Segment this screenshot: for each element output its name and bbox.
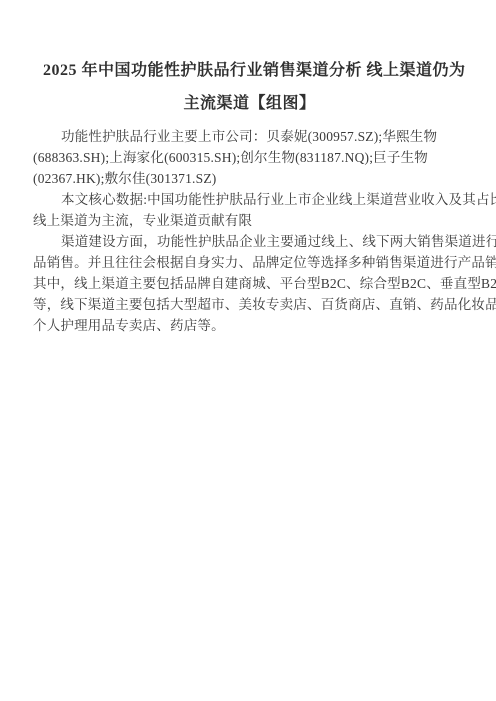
paragraph-core-data: 本文核心数据:中国功能性护肤品行业上市企业线上渠道营业收入及其占比 线上渠道为主… [33, 189, 466, 231]
paragraph-line: 个人护理用品专卖店、药店等。 [33, 315, 466, 336]
paragraph-channel-construction: 渠道建设方面，功能性护肤品企业主要通过线上、线下两大销售渠道进行产 品销售。并且… [33, 231, 466, 336]
paragraph-listed-companies: 功能性护肤品行业主要上市公司：贝泰妮(300957.SZ);华熙生物 (6883… [33, 126, 466, 189]
paragraph-line: 其中，线上渠道主要包括品牌自建商城、平台型B2C、综合型B2C、垂直型B2C [33, 273, 466, 294]
document-page: 2025 年中国功能性护肤品行业销售渠道分析 线上渠道仍为 主流渠道【组图】 功… [0, 0, 496, 701]
paragraph-line: (688363.SH);上海家化(600315.SH);创尔生物(831187.… [33, 147, 466, 168]
paragraph-line: 功能性护肤品行业主要上市公司：贝泰妮(300957.SZ);华熙生物 [33, 126, 466, 147]
paragraph-line: (02367.HK);敷尔佳(301371.SZ) [33, 168, 466, 189]
article-title: 2025 年中国功能性护肤品行业销售渠道分析 线上渠道仍为 主流渠道【组图】 [33, 54, 466, 120]
paragraph-line: 线上渠道为主流，专业渠道贡献有限 [33, 210, 466, 231]
paragraph-line: 本文核心数据:中国功能性护肤品行业上市企业线上渠道营业收入及其占比 [33, 189, 466, 210]
paragraph-line: 品销售。并且往往会根据自身实力、品牌定位等选择多种销售渠道进行产品销售。 [33, 252, 466, 273]
article-title-line-2: 主流渠道【组图】 [43, 87, 456, 120]
article-title-line-1: 2025 年中国功能性护肤品行业销售渠道分析 线上渠道仍为 [43, 54, 456, 87]
paragraph-line: 渠道建设方面，功能性护肤品企业主要通过线上、线下两大销售渠道进行产 [33, 231, 466, 252]
paragraph-line: 等，线下渠道主要包括大型超市、美妆专卖店、百货商店、直销、药品化妆品及 [33, 294, 466, 315]
